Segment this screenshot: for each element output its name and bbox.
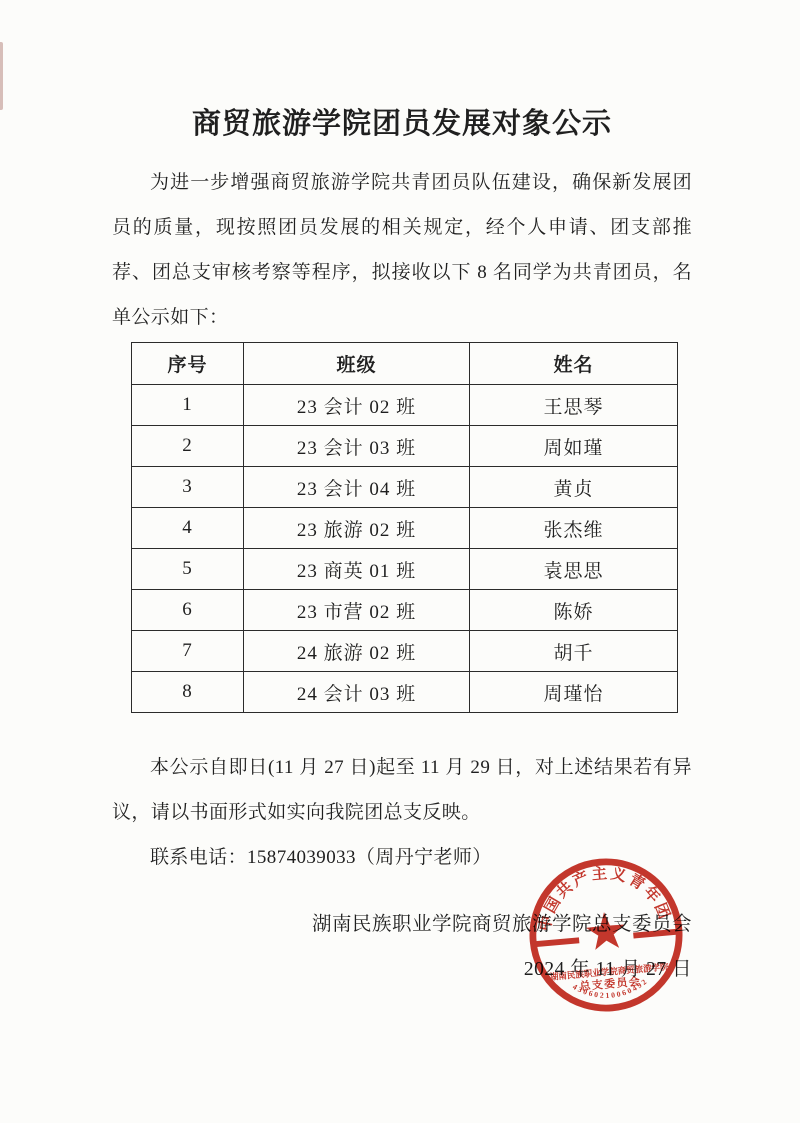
official-seal: 中国共产主义青年团 湖南民族职业学院商贸旅游学院 总支委员会 430602100…	[514, 843, 698, 1027]
cell-name: 周如瑾	[470, 426, 678, 467]
table-row: 123 会计 02 班王思琴	[132, 385, 678, 426]
member-table-body: 123 会计 02 班王思琴223 会计 03 班周如瑾323 会计 04 班黄…	[132, 385, 678, 713]
header-class: 班级	[244, 343, 470, 385]
seal-left-bar	[533, 937, 579, 947]
seal-right-bar	[633, 929, 679, 939]
cell-name: 黄贞	[470, 467, 678, 508]
cell-index: 3	[132, 467, 244, 508]
cell-class: 23 会计 02 班	[244, 385, 470, 426]
cell-index: 6	[132, 590, 244, 631]
official-seal-graphic: 中国共产主义青年团 湖南民族职业学院商贸旅游学院 总支委员会 430602100…	[514, 843, 698, 1027]
cell-name: 张杰维	[470, 508, 678, 549]
member-table: 序号 班级 姓名 123 会计 02 班王思琴223 会计 03 班周如瑾323…	[131, 342, 678, 713]
cell-name: 王思琴	[470, 385, 678, 426]
scan-artifact-left-edge	[0, 42, 3, 110]
header-row: 序号 班级 姓名	[132, 343, 678, 385]
table-row: 623 市营 02 班陈娇	[132, 590, 678, 631]
cell-class: 23 会计 04 班	[244, 467, 470, 508]
member-table-header: 序号 班级 姓名	[132, 343, 678, 385]
table-row: 824 会计 03 班周瑾怡	[132, 672, 678, 713]
table-row: 523 商英 01 班袁思思	[132, 549, 678, 590]
cell-name: 周瑾怡	[470, 672, 678, 713]
cell-index: 1	[132, 385, 244, 426]
cell-class: 23 会计 03 班	[244, 426, 470, 467]
cell-index: 7	[132, 631, 244, 672]
cell-class: 24 会计 03 班	[244, 672, 470, 713]
table-row: 323 会计 04 班黄贞	[132, 467, 678, 508]
header-index: 序号	[132, 343, 244, 385]
table-row: 223 会计 03 班周如瑾	[132, 426, 678, 467]
cell-class: 23 市营 02 班	[244, 590, 470, 631]
cell-index: 2	[132, 426, 244, 467]
scanned-announcement-page: 商贸旅游学院团员发展对象公示 为进一步增强商贸旅游学院共青团员队伍建设，确保新发…	[0, 0, 800, 1123]
star-icon	[585, 910, 627, 950]
cell-name: 陈娇	[470, 590, 678, 631]
cell-index: 5	[132, 549, 244, 590]
cell-index: 4	[132, 508, 244, 549]
cell-class: 23 旅游 02 班	[244, 508, 470, 549]
notice-paragraph: 本公示自即日(11 月 27 日)起至 11 月 29 日，对上述结果若有异议，…	[112, 745, 692, 835]
intro-paragraph: 为进一步增强商贸旅游学院共青团员队伍建设，确保新发展团员的质量，现按照团员发展的…	[112, 160, 692, 340]
cell-class: 24 旅游 02 班	[244, 631, 470, 672]
cell-name: 胡千	[470, 631, 678, 672]
cell-class: 23 商英 01 班	[244, 549, 470, 590]
cell-index: 8	[132, 672, 244, 713]
cell-name: 袁思思	[470, 549, 678, 590]
table-row: 724 旅游 02 班胡千	[132, 631, 678, 672]
header-name: 姓名	[470, 343, 678, 385]
table-row: 423 旅游 02 班张杰维	[132, 508, 678, 549]
page-title: 商贸旅游学院团员发展对象公示	[112, 104, 692, 144]
